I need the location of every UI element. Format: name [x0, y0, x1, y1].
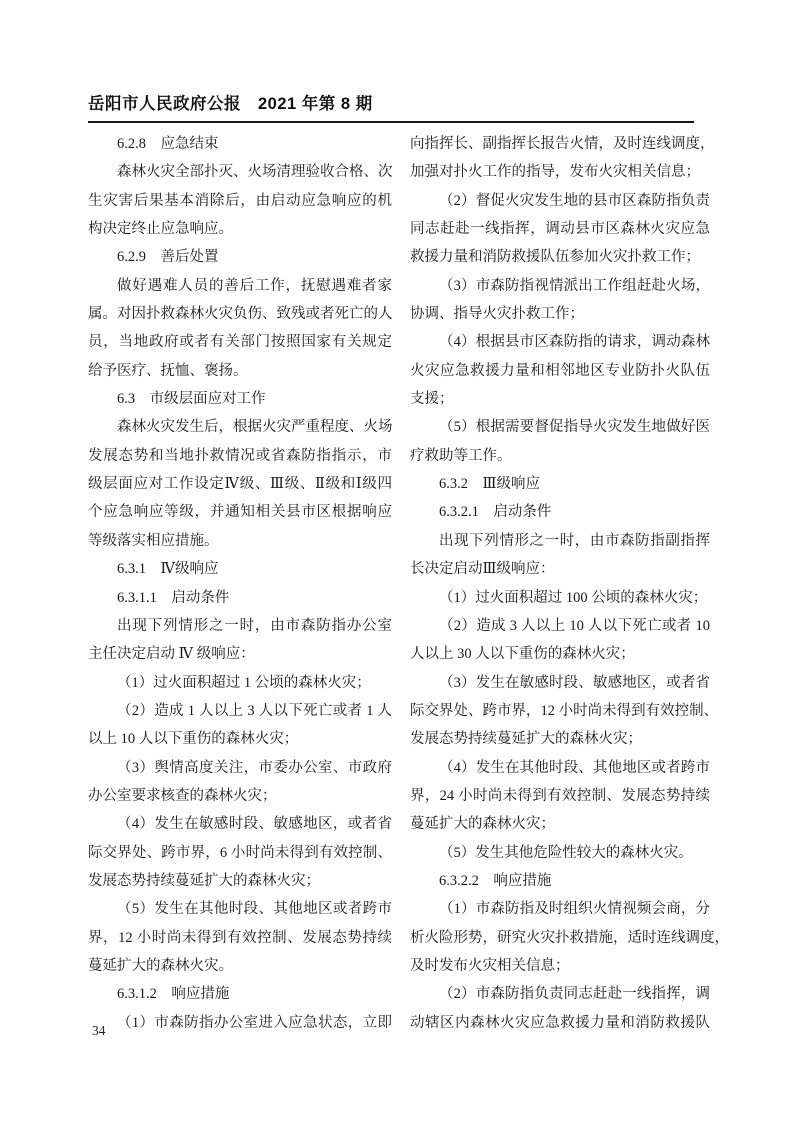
- section-heading: 6.3.1.1 启动条件: [88, 584, 392, 612]
- text-line: 生灾害后果基本消除后，由启动应急响应的机: [88, 187, 392, 215]
- text-line: 出现下列情形之一时，由市森防指办公室: [88, 612, 392, 640]
- section-heading: 6.3.1.2 响应措施: [88, 980, 392, 1008]
- text-line: 向指挥长、副指挥长报告火情，及时连线调度，: [410, 130, 710, 158]
- section-heading: 6.3.2 Ⅲ级响应: [410, 470, 710, 498]
- text-line: （3）市森防指视情派出工作组赶赴火场，: [410, 272, 710, 300]
- text-line: 个应急响应等级，并通知相关县市区根据响应: [88, 498, 392, 526]
- text-line: 支援；: [410, 385, 710, 413]
- text-line: 做好遇难人员的善后工作，抚慰遇难者家: [88, 272, 392, 300]
- text-line: 际交界处、跨市界，6 小时尚未得到有效控制、: [88, 839, 392, 867]
- gazette-page: 岳阳市人民政府公报 2021 年第 8 期 6.2.8 应急结束森林火灾全部扑灭…: [0, 0, 793, 1122]
- text-line: 协调、指导火灾扑救工作；: [410, 300, 710, 328]
- text-line: （3）发生在敏感时段、敏感地区，或者省: [410, 669, 710, 697]
- section-heading: 6.3.2.2 响应措施: [410, 867, 710, 895]
- section-heading: 6.3 市级层面应对工作: [88, 385, 392, 413]
- text-line: （1）市森防指及时组织火情视频会商，分: [410, 895, 710, 923]
- page-number: 34: [92, 1023, 106, 1039]
- text-line: （5）根据需要督促指导火灾发生地做好医: [410, 413, 710, 441]
- text-line: 主任决定启动 Ⅳ 级响应：: [88, 640, 392, 668]
- text-line: 际交界处、跨市界，12 小时尚未得到有效控制、: [410, 697, 710, 725]
- text-line: 级层面应对工作设定Ⅳ级、Ⅲ级、Ⅱ级和Ⅰ级四: [88, 470, 392, 498]
- text-line: （4）发生在敏感时段、敏感地区，或者省: [88, 810, 392, 838]
- text-line: （5）发生其他危险性较大的森林火灾。: [410, 839, 710, 867]
- text-line: 给予医疗、抚恤、褒扬。: [88, 357, 392, 385]
- left-column: 6.2.8 应急结束森林火灾全部扑灭、火场清理验收合格、次生灾害后果基本消除后，…: [88, 130, 392, 1037]
- text-line: 员，当地政府或者有关部门按照国家有关规定: [88, 328, 392, 356]
- text-line: （2）市森防指负责同志赶赴一线指挥，调: [410, 980, 710, 1008]
- text-line: 构决定终止应急响应。: [88, 215, 392, 243]
- text-line: 森林火灾全部扑灭、火场清理验收合格、次: [88, 158, 392, 186]
- text-line: 界，24 小时尚未得到有效控制、发展态势持续: [410, 782, 710, 810]
- text-line: （4）发生在其他时段、其他地区或者跨市: [410, 754, 710, 782]
- text-line: （3）舆情高度关注，市委办公室、市政府: [88, 754, 392, 782]
- text-line: 动辖区内森林火灾应急救援力量和消防救援队: [410, 1009, 710, 1037]
- text-line: （1）过火面积超过 1 公顷的森林火灾；: [88, 669, 392, 697]
- text-line: （2）督促火灾发生地的县市区森防指负责: [410, 187, 710, 215]
- text-line: （2）造成 3 人以上 10 人以下死亡或者 10: [410, 612, 710, 640]
- text-line: 蔓延扩大的森林火灾；: [410, 810, 710, 838]
- text-line: 析火险形势，研究火灾扑救措施，适时连线调度，: [410, 924, 710, 952]
- text-line: 发展态势持续蔓延扩大的森林火灾；: [88, 867, 392, 895]
- gazette-title: 岳阳市人民政府公报 2021 年第 8 期: [88, 95, 373, 113]
- text-line: 界，12 小时尚未得到有效控制、发展态势持续: [88, 924, 392, 952]
- text-line: 及时发布火灾相关信息；: [410, 952, 710, 980]
- text-line: 人以上 30 人以下重伤的森林火灾；: [410, 640, 710, 668]
- section-heading: 6.2.9 善后处置: [88, 243, 392, 271]
- section-heading: 6.3.2.1 启动条件: [410, 498, 710, 526]
- text-line: 蔓延扩大的森林火灾。: [88, 952, 392, 980]
- text-line: 加强对扑火工作的指导，发布火灾相关信息；: [410, 158, 710, 186]
- text-line: （4）根据县市区森防指的请求，调动森林: [410, 328, 710, 356]
- text-line: 发展态势持续蔓延扩大的森林火灾；: [410, 725, 710, 753]
- text-line: 出现下列情形之一时，由市森防指副指挥: [410, 527, 710, 555]
- text-line: 长决定启动Ⅲ级响应：: [410, 555, 710, 583]
- right-column: 向指挥长、副指挥长报告火情，及时连线调度，加强对扑火工作的指导，发布火灾相关信息…: [410, 130, 710, 1037]
- section-heading: 6.3.1 Ⅳ级响应: [88, 555, 392, 583]
- page-header: 岳阳市人民政府公报 2021 年第 8 期: [88, 90, 694, 123]
- text-line: （1）过火面积超过 100 公顷的森林火灾；: [410, 584, 710, 612]
- text-line: （2）造成 1 人以上 3 人以下死亡或者 1 人: [88, 697, 392, 725]
- text-line: 以上 10 人以下重伤的森林火灾；: [88, 725, 392, 753]
- text-line: 发展态势和当地扑救情况或省森防指指示，市: [88, 442, 392, 470]
- text-line: 救援力量和消防救援队伍参加火灾扑救工作；: [410, 243, 710, 271]
- text-line: 同志赶赴一线指挥，调动县市区森林火灾应急: [410, 215, 710, 243]
- text-line: 疗救助等工作。: [410, 442, 710, 470]
- text-line: 森林火灾发生后，根据火灾严重程度、火场: [88, 413, 392, 441]
- text-line: （1）市森防指办公室进入应急状态，立即: [88, 1009, 392, 1037]
- text-line: 等级落实相应措施。: [88, 527, 392, 555]
- text-line: 办公室要求核查的森林火灾；: [88, 782, 392, 810]
- text-line: 属。对因扑救森林火灾负伤、致残或者死亡的人: [88, 300, 392, 328]
- text-line: （5）发生在其他时段、其他地区或者跨市: [88, 895, 392, 923]
- section-heading: 6.2.8 应急结束: [88, 130, 392, 158]
- text-line: 火灾应急救援力量和相邻地区专业防扑火队伍: [410, 357, 710, 385]
